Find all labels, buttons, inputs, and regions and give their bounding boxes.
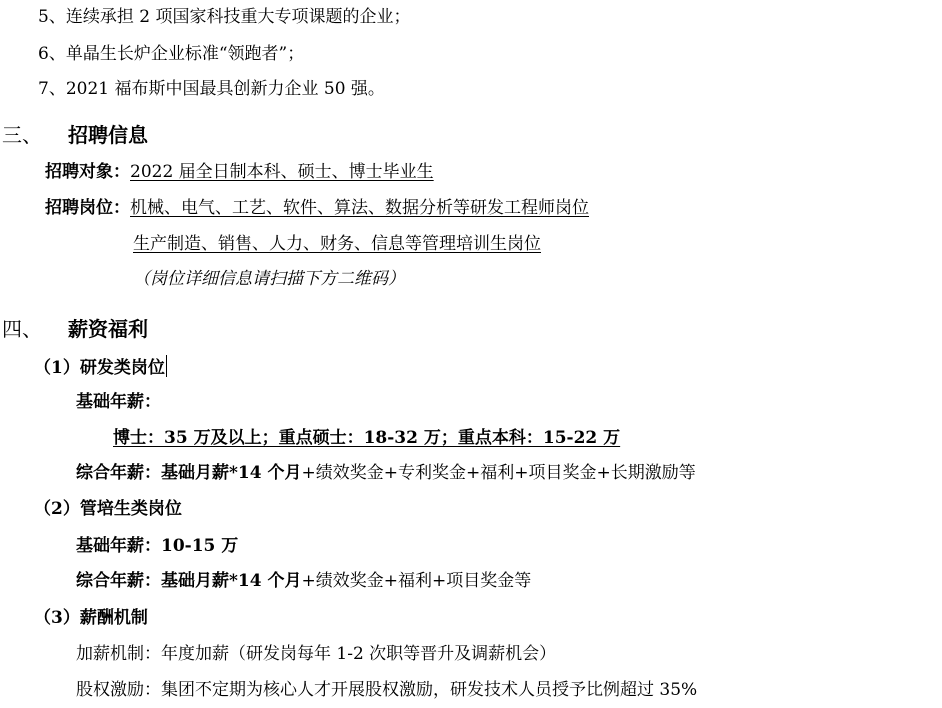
recruit-positions-line2: 生产制造、销售、人力、财务、信息等管理培训生岗位	[133, 233, 541, 255]
recruit-target: 招聘对象：2022 届全日制本科、硕士、博士毕业生	[45, 161, 434, 183]
recruit-target-value: 2022 届全日制本科、硕士、博士毕业生	[130, 162, 434, 182]
section-heading: 四、薪资福利	[2, 316, 148, 342]
mt-base-label: 基础年薪：	[76, 536, 161, 556]
mechanism-equity: 股权激励：集团不定期为核心人才开展股权激励，研发技术人员授予比例超过 35%	[76, 679, 697, 701]
rd-total: 综合年薪：基础月薪*14 个月+绩效奖金+专利奖金+福利+项目奖金+长期激励等	[76, 462, 696, 484]
recruit-note: （岗位详细信息请扫描下方二维码）	[133, 268, 405, 290]
recruit-positions-label: 招聘岗位：	[45, 198, 130, 218]
rd-heading[interactable]: （1）研发类岗位	[34, 355, 167, 379]
mt-total-label: 综合年薪：	[76, 571, 161, 591]
rd-base-label: 基础年薪：	[76, 391, 161, 413]
section-number: 四、	[2, 316, 68, 342]
recruit-target-label: 招聘对象：	[45, 162, 130, 182]
mt-total-bold: 基础月薪*14 个月	[161, 571, 301, 591]
honor-item: 6、单晶生长炉企业标准“领跑者”；	[38, 43, 304, 65]
mt-base-value: 10-15 万	[161, 536, 238, 556]
rd-total-label: 综合年薪：	[76, 463, 161, 483]
mechanism-raise: 加薪机制：年度加薪（研发岗每年 1-2 次职等晋升及调薪机会）	[76, 643, 556, 665]
rd-base-detail: 博士：35 万及以上；重点硕士：18-32 万；重点本科：15-22 万	[113, 427, 620, 449]
text-caret	[166, 355, 168, 377]
section-title: 薪资福利	[68, 317, 148, 341]
recruit-positions-line2-text: 生产制造、销售、人力、财务、信息等管理培训生岗位	[133, 234, 541, 254]
honor-item: 5、连续承担 2 项国家科技重大专项课题的企业；	[38, 6, 410, 28]
honor-item: 7、2021 福布斯中国最具创新力企业 50 强。	[38, 78, 385, 100]
rd-total-rest: +绩效奖金+专利奖金+福利+项目奖金+长期激励等	[301, 463, 695, 483]
rd-heading-text: （1）研发类岗位	[34, 358, 165, 378]
mechanism-heading: （3）薪酬机制	[34, 607, 148, 629]
mt-heading: （2）管培生类岗位	[34, 498, 182, 520]
mt-base: 基础年薪：10-15 万	[76, 535, 238, 557]
recruit-positions: 招聘岗位：机械、电气、工艺、软件、算法、数据分析等研发工程师岗位	[45, 197, 589, 219]
mt-total-rest: +绩效奖金+福利+项目奖金等	[301, 571, 531, 591]
section-title: 招聘信息	[68, 123, 148, 147]
mt-total: 综合年薪：基础月薪*14 个月+绩效奖金+福利+项目奖金等	[76, 570, 531, 592]
rd-total-bold: 基础月薪*14 个月	[161, 463, 301, 483]
recruit-positions-line1: 机械、电气、工艺、软件、算法、数据分析等研发工程师岗位	[130, 198, 589, 218]
section-heading: 三、招聘信息	[2, 122, 148, 148]
section-number: 三、	[2, 122, 68, 148]
